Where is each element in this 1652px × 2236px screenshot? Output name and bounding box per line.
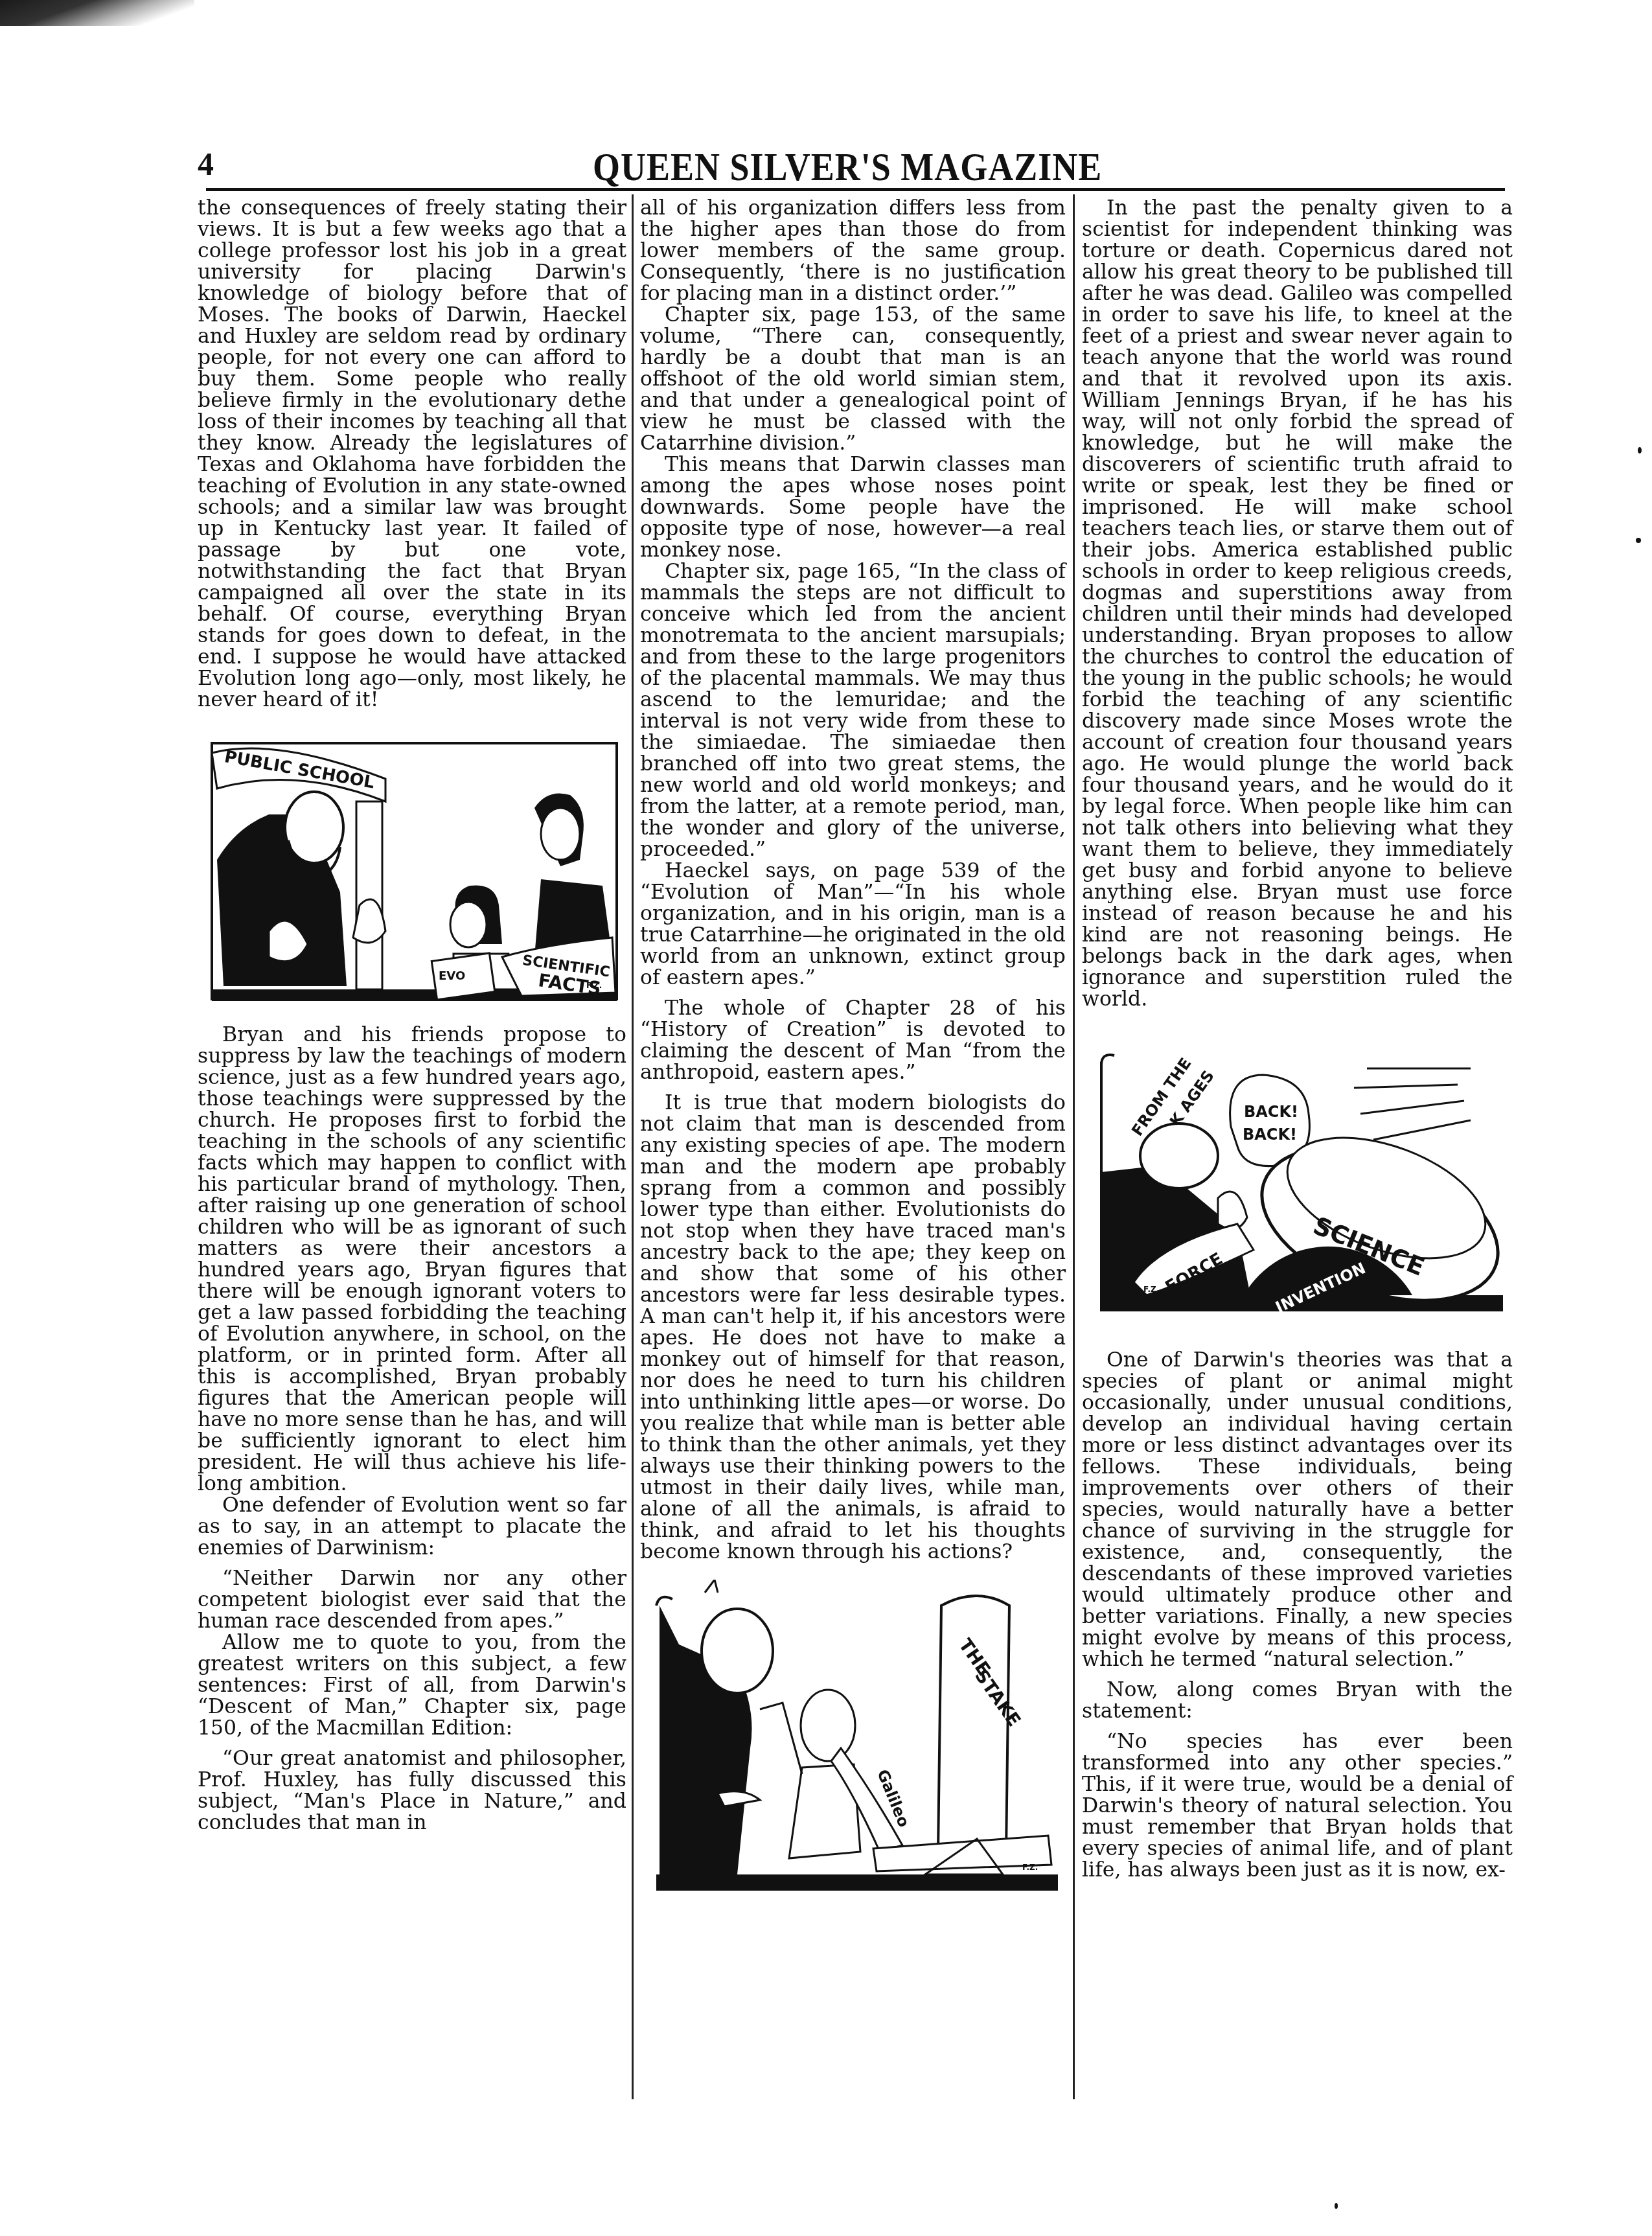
magazine-title: QUEEN SILVER'S MAGAZINE — [593, 146, 1176, 187]
speech-back-1: BACK! — [1244, 1103, 1298, 1121]
column-middle: all of his organization differs less fro… — [640, 198, 1066, 1910]
paragraph: Allow me to quote to you, from the great… — [198, 1632, 626, 1739]
paragraph: Haeckel says, on page 539 of the “Evolut… — [640, 860, 1066, 989]
paragraph: Now, along comes Bryan with the statemen… — [1082, 1679, 1513, 1722]
paragraph: In the past the penalty given to a scien… — [1082, 198, 1513, 1010]
paragraph: all of his organization differs less fro… — [640, 198, 1066, 305]
column-left: the consequences of freely stating their… — [198, 198, 626, 1834]
cartoon-public-school-drawing: PUBLIC SCHOOL EVO SCIENTIFIC FACTS F.Z. — [198, 730, 626, 1015]
block-quote: “Neither Darwin nor any other competent … — [198, 1568, 626, 1632]
artist-signature: F.Z. — [1022, 1863, 1038, 1872]
artist-signature: F.Z. — [1143, 1285, 1159, 1294]
scan-speck — [1638, 447, 1642, 454]
page-number: 4 — [198, 148, 214, 180]
paragraph: Chapter six, page 153, of the same volum… — [640, 305, 1066, 454]
speech-back-2: BACK! — [1243, 1125, 1297, 1144]
paragraph: the consequences of freely stating their… — [198, 198, 626, 711]
cartoon-public-school: PUBLIC SCHOOL EVO SCIENTIFIC FACTS F.Z. — [198, 730, 626, 1015]
artist-signature: F.Z. — [586, 981, 602, 990]
paragraph: This means that Darwin classes man among… — [640, 454, 1066, 561]
scan-speck — [1636, 538, 1641, 543]
block-quote: “No species has ever been transformed in… — [1082, 1731, 1513, 1881]
book-evo-label: EVO — [439, 969, 465, 983]
cartoon-the-stake-drawing: Galileo THE STAKE F.Z. — [640, 1580, 1066, 1910]
paragraph: The whole of Chapter 28 of his “History … — [640, 998, 1066, 1083]
paragraph: One defender of Evolution went so far as… — [198, 1495, 626, 1559]
column-right: In the past the penalty given to a scien… — [1082, 198, 1513, 1881]
column-divider-2 — [1073, 194, 1075, 2099]
header-rule — [206, 188, 1505, 191]
cartoon-the-stake: Galileo THE STAKE F.Z. — [640, 1580, 1066, 1910]
cartoon-dark-ages: FROM THE DARK AGES BACK! BACK! SCIENCE F… — [1082, 1036, 1513, 1341]
paragraph: It is true that modern biologists do not… — [640, 1092, 1066, 1563]
cartoon-dark-ages-drawing: FROM THE DARK AGES BACK! BACK! SCIENCE F… — [1082, 1036, 1513, 1341]
paragraph: One of Darwin's theories was that a spec… — [1082, 1350, 1513, 1670]
column-divider-1 — [632, 194, 634, 2099]
scan-speck — [1335, 2203, 1338, 2209]
paragraph: Bryan and his friends propose to suppres… — [198, 1024, 626, 1495]
paragraph: Chapter six, page 165, “In the class of … — [640, 561, 1066, 860]
scan-edge-artifact — [0, 0, 194, 26]
block-quote: “Our great anatomist and philosopher, Pr… — [198, 1748, 626, 1834]
